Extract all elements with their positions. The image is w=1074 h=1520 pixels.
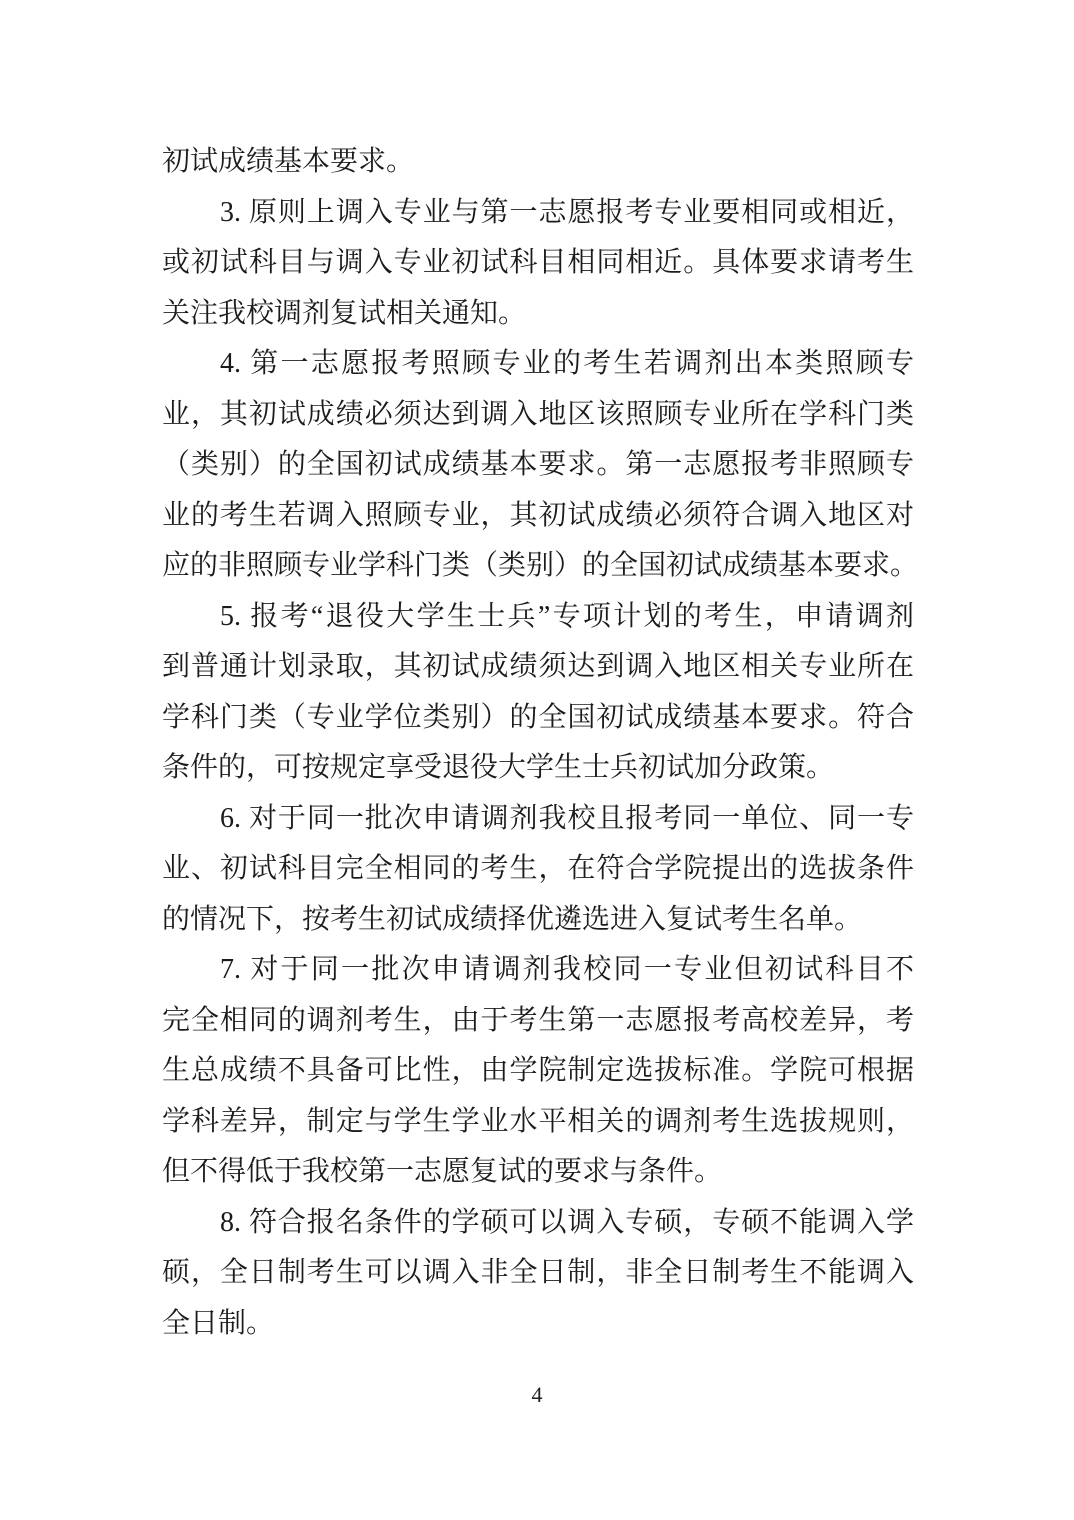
text-line: 学科门类（专业学位类别）的全国初试成绩基本要求。符合 <box>162 693 914 744</box>
text-line: 条件的，可按规定享受退役大学生士兵初试加分政策。 <box>162 743 914 794</box>
text-line: 生总成绩不具备可比性，由学院制定选拔标准。学院可根据 <box>162 1046 914 1097</box>
text-line: 初试成绩基本要求。 <box>162 137 914 188</box>
text-line: 应的非照顾专业学科门类（类别）的全国初试成绩基本要求。 <box>162 541 914 592</box>
text-line: 业、初试科目完全相同的考生，在符合学院提出的选拔条件 <box>162 844 914 895</box>
text-line: 4. 第一志愿报考照顾专业的考生若调剂出本类照顾专 <box>162 339 914 390</box>
document-page: 初试成绩基本要求。3. 原则上调入专业与第一志愿报考专业要相同或相近，或初试科目… <box>0 0 1074 1520</box>
text-line: 到普通计划录取，其初试成绩须达到调入地区相关专业所在 <box>162 642 914 693</box>
text-line: （类别）的全国初试成绩基本要求。第一志愿报考非照顾专 <box>162 440 914 491</box>
text-line: 完全相同的调剂考生，由于考生第一志愿报考高校差异，考 <box>162 996 914 1047</box>
text-line: 全日制。 <box>162 1299 914 1350</box>
text-line: 关注我校调剂复试相关通知。 <box>162 289 914 340</box>
text-line: 6. 对于同一批次申请调剂我校且报考同一单位、同一专 <box>162 794 914 845</box>
text-line: 业的考生若调入照顾专业，其初试成绩必须符合调入地区对 <box>162 491 914 542</box>
text-line: 学科差异，制定与学生学业水平相关的调剂考生选拔规则， <box>162 1097 914 1148</box>
text-line: 3. 原则上调入专业与第一志愿报考专业要相同或相近， <box>162 188 914 239</box>
text-line: 的情况下，按考生初试成绩择优遴选进入复试考生名单。 <box>162 895 914 946</box>
text-line: 8. 符合报名条件的学硕可以调入专硕，专硕不能调入学 <box>162 1198 914 1249</box>
text-line: 7. 对于同一批次申请调剂我校同一专业但初试科目不 <box>162 945 914 996</box>
text-line: 业，其初试成绩必须达到调入地区该照顾专业所在学科门类 <box>162 390 914 441</box>
text-line: 硕，全日制考生可以调入非全日制，非全日制考生不能调入 <box>162 1248 914 1299</box>
text-line: 或初试科目与调入专业初试科目相同相近。具体要求请考生 <box>162 238 914 289</box>
text-line: 5. 报考“退役大学生士兵”专项计划的考生，申请调剂 <box>162 592 914 643</box>
text-line: 但不得低于我校第一志愿复试的要求与条件。 <box>162 1147 914 1198</box>
text-body: 初试成绩基本要求。3. 原则上调入专业与第一志愿报考专业要相同或相近，或初试科目… <box>162 137 914 1349</box>
page-number: 4 <box>0 1382 1074 1408</box>
